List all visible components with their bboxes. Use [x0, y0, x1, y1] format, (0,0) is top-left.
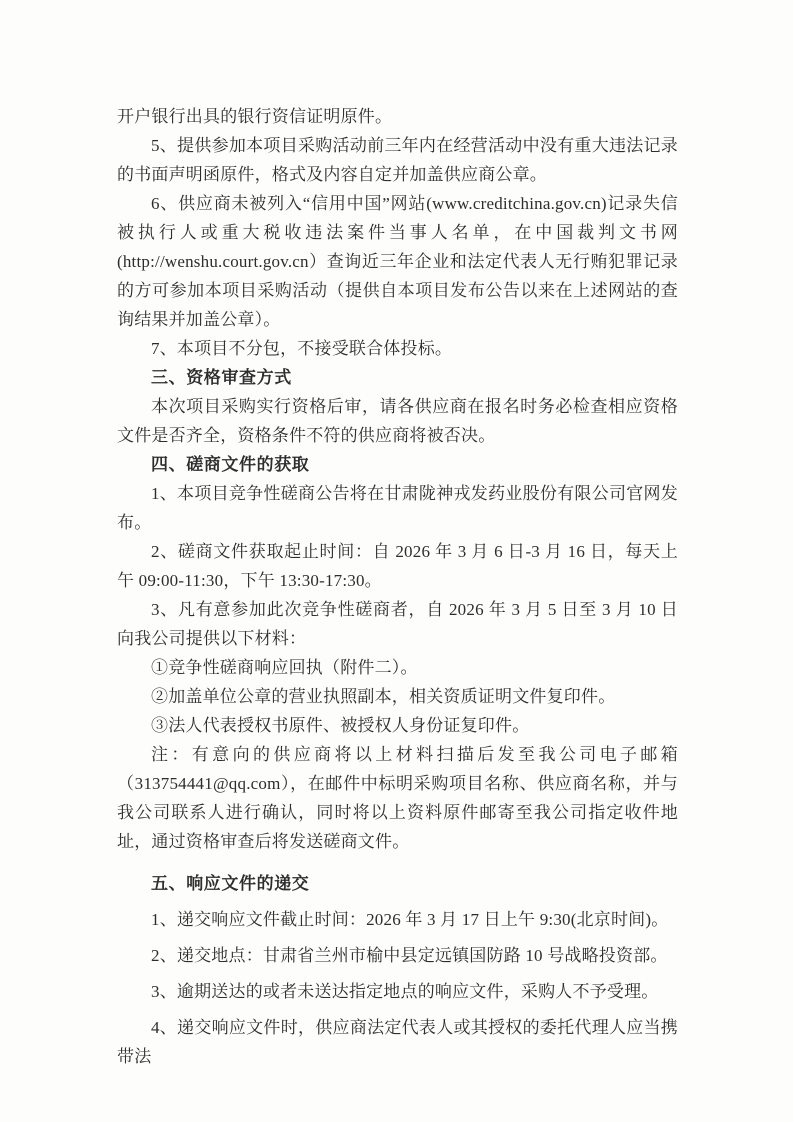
paragraph-item-6-credit-china-check: 6、供应商未被列入“信用中国”网站(www.creditchina.gov.cn…: [117, 189, 678, 334]
paragraph-post-qualification-review: 本次项目采购实行资格后审，请各供应商在报名时务必检查相应资格文件是否齐全，资格条…: [117, 392, 678, 450]
paragraph-late-delivery-rejected: 3、逾期送达的或者未送达指定地点的响应文件，采购人不予受理。: [117, 977, 678, 1006]
scanned-document-page: 开户银行出具的银行资信证明原件。 5、提供参加本项目采购活动前三年内在经营活动中…: [0, 0, 793, 1122]
heading-section-5-response-submission: 五、响应文件的递交: [117, 869, 678, 898]
paragraph-item-3-materials-required: 3、凡有意参加此次竞争性磋商者，自 2026 年 3 月 5 日至 3 月 10…: [117, 595, 678, 653]
heading-section-4-document-acquisition: 四、磋商文件的获取: [117, 450, 678, 479]
paragraph-representative-requirement: 4、递交响应文件时，供应商法定代表人或其授权的委托代理人应当携带法: [117, 1013, 678, 1071]
paragraph-material-2-business-license: ②加盖单位公章的营业执照副本，相关资质证明文件复印件。: [117, 682, 678, 711]
paragraph-bank-credit-original: 开户银行出具的银行资信证明原件。: [117, 102, 678, 131]
paragraph-item-5-no-violation-statement: 5、提供参加本项目采购活动前三年内在经营活动中没有重大违法记录的书面声明函原件，…: [117, 131, 678, 189]
paragraph-note-email-submission: 注：有意向的供应商将以上材料扫描后发至我公司电子邮箱（313754441@qq.…: [117, 740, 678, 856]
paragraph-submit-location: 2、递交地点：甘肃省兰州市榆中县定远镇国防路 10 号战略投资部。: [117, 941, 678, 970]
paragraph-item-1-announcement-website: 1、本项目竞争性磋商公告将在甘肃陇神戎发药业股份有限公司官网发布。: [117, 479, 678, 537]
heading-section-3-qualification-review: 三、资格审查方式: [117, 363, 678, 392]
paragraph-item-7-no-subpackage: 7、本项目不分包，不接受联合体投标。: [117, 334, 678, 363]
document-body: 开户银行出具的银行资信证明原件。 5、提供参加本项目采购活动前三年内在经营活动中…: [117, 102, 678, 1071]
paragraph-material-1-response-receipt: ①竞争性磋商响应回执（附件二）。: [117, 653, 678, 682]
paragraph-submit-deadline: 1、递交响应文件截止时间：2026 年 3 月 17 日上午 9:30(北京时间…: [117, 905, 678, 934]
paragraph-material-3-authorization: ③法人代表授权书原件、被授权人身份证复印件。: [117, 711, 678, 740]
paragraph-item-2-acquisition-period: 2、磋商文件获取起止时间：自 2026 年 3 月 6 日-3 月 16 日，每…: [117, 537, 678, 595]
